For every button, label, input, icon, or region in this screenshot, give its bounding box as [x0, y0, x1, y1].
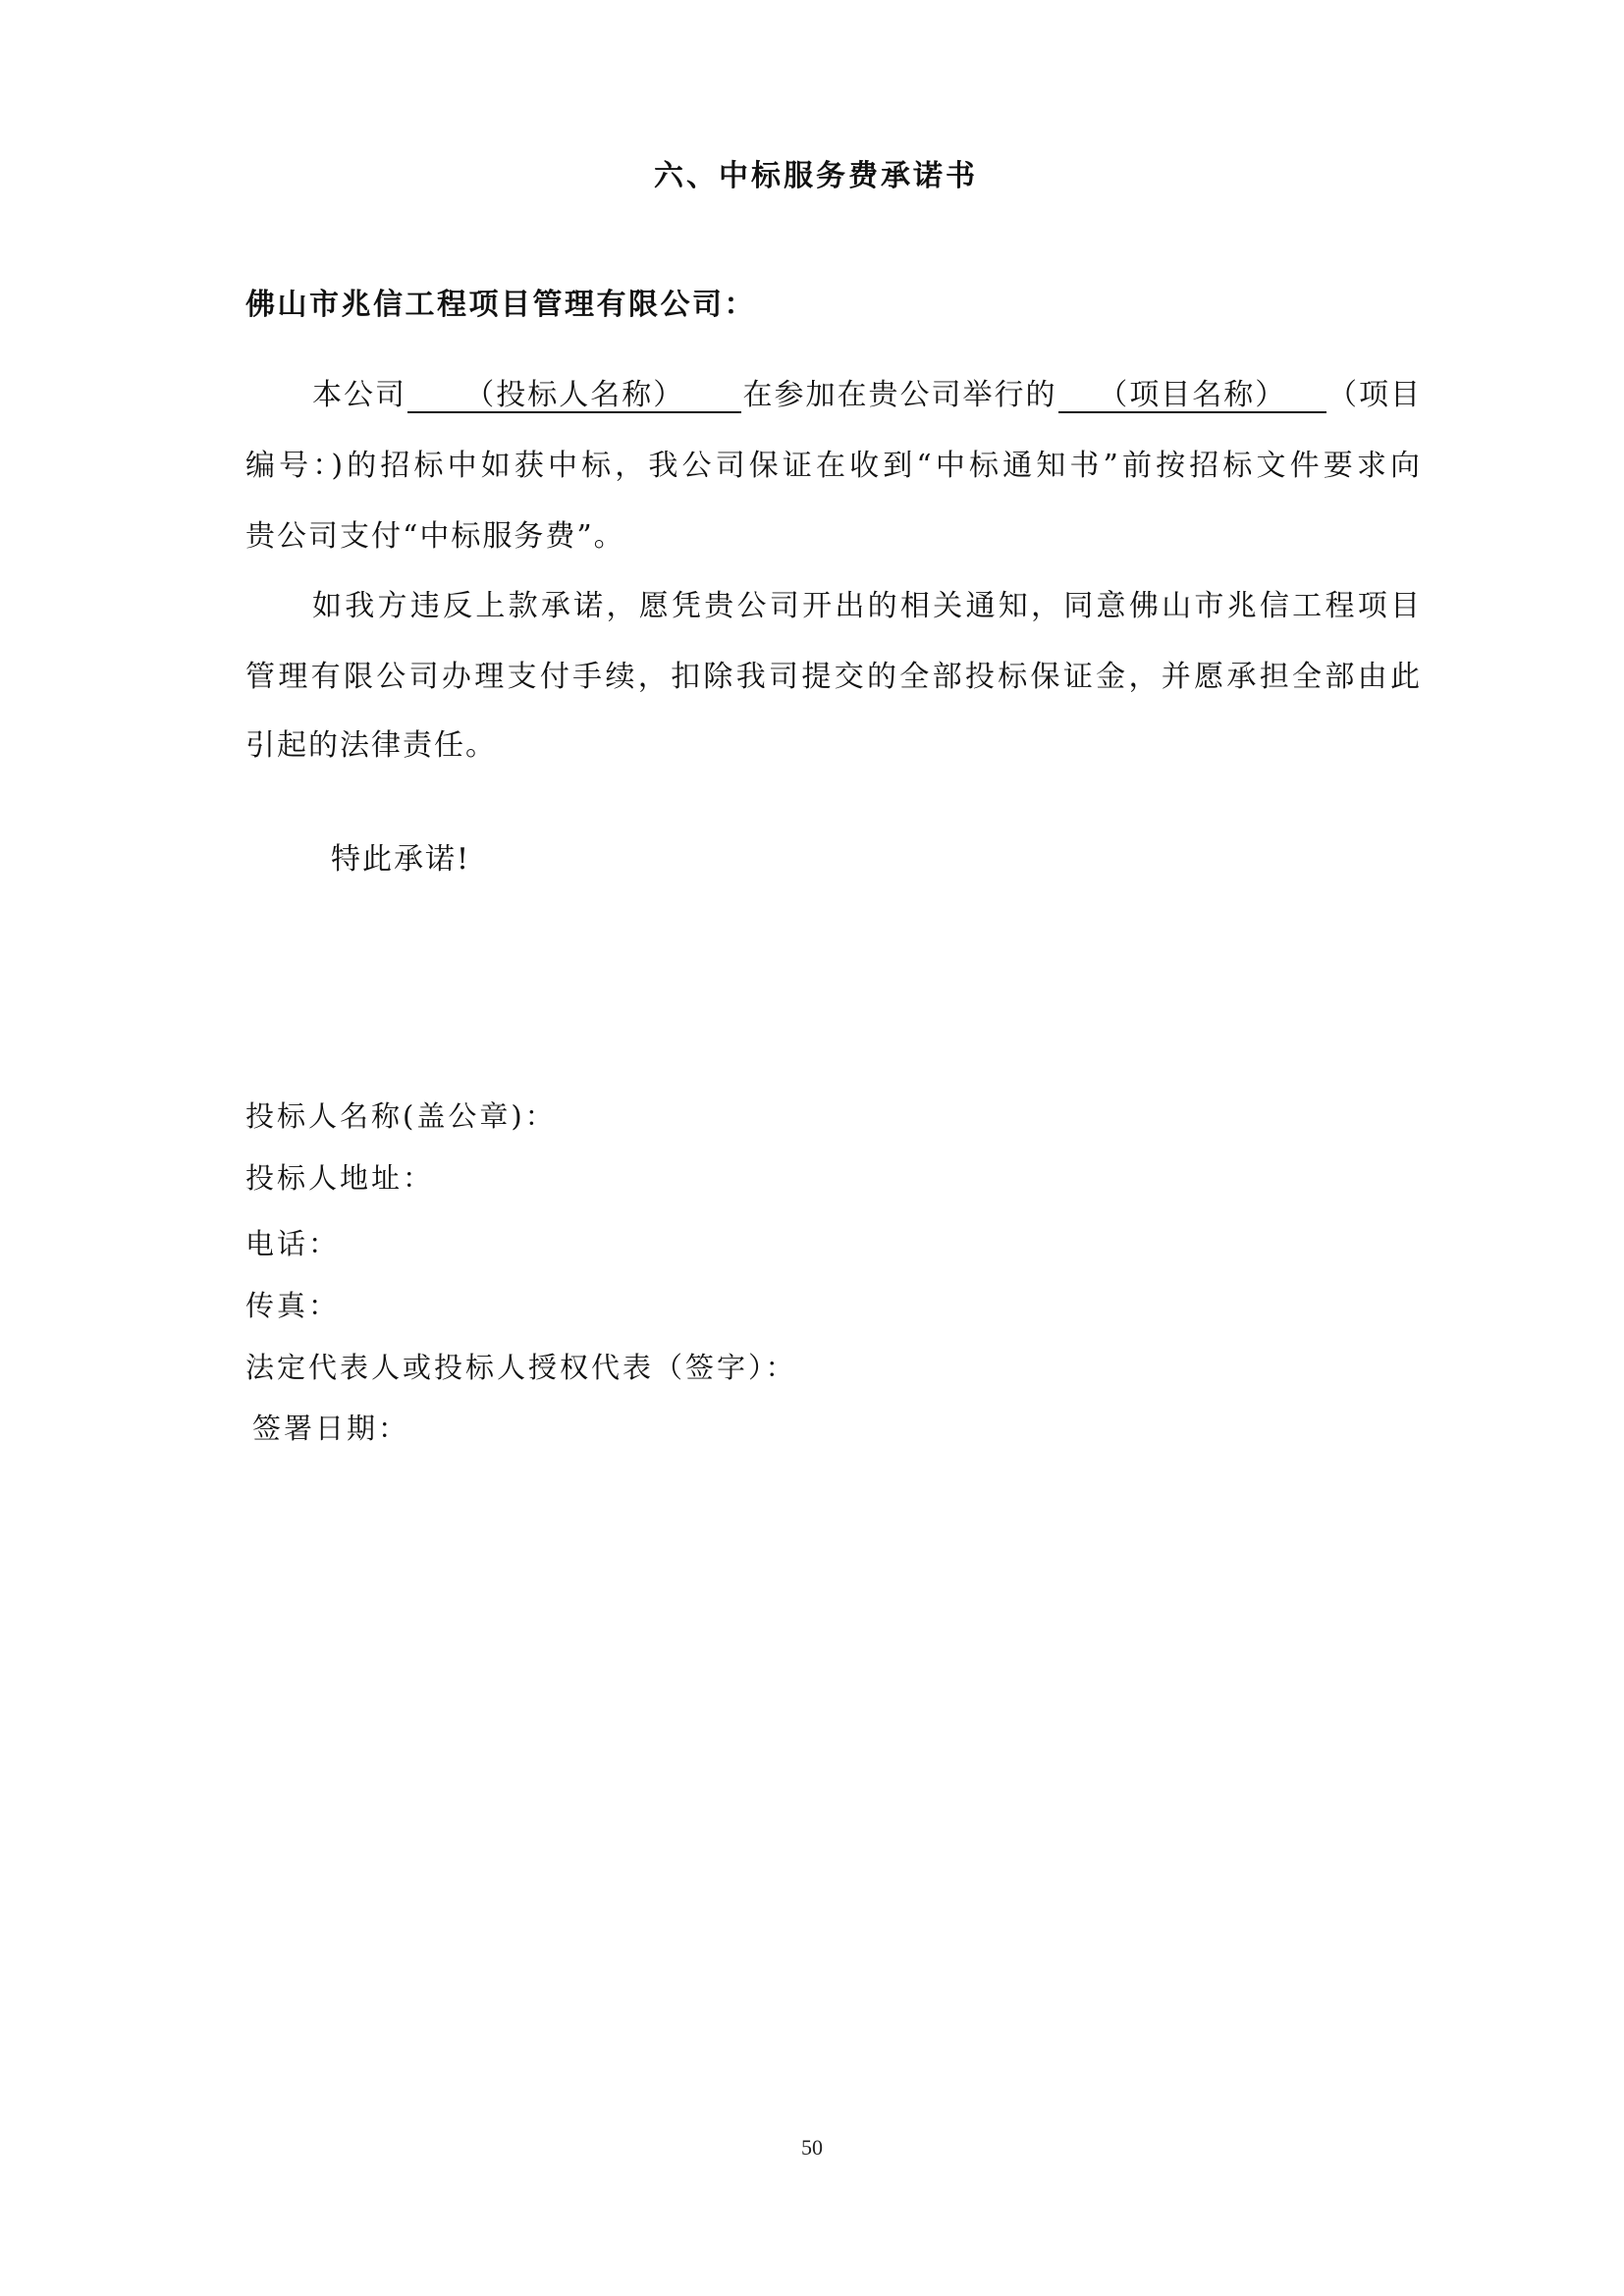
paragraph-2-line-1: 如我方违反上款承诺，愿凭贵公司开出的相关通知，同意佛山市兆信工程项目 [312, 589, 1422, 624]
signature-field-phone: 电话： [245, 1226, 340, 1261]
bidder-name-blank: （投标人名称） [407, 380, 741, 413]
bidder-name-placeholder: （投标人名称） [464, 378, 684, 412]
paragraph-1-line-3: 贵公司支付“中标服务费”。 [245, 519, 1422, 555]
signature-field-fax: 传真： [245, 1288, 340, 1323]
paragraph-2-line-3: 引起的法律责任。 [245, 728, 1422, 764]
paragraph-1-middle: 在参加在贵公司举行的 [743, 378, 1057, 413]
paragraph-1-prefix: 本公司 [312, 378, 406, 413]
signature-field-representative: 法定代表人或投标人授权代表（签字）： [245, 1350, 797, 1385]
project-name-placeholder: （项目名称） [1098, 378, 1286, 412]
paragraph-2-line-2: 管理有限公司办理支付手续，扣除我司提交的全部投标保证金，并愿承担全部由此 [245, 660, 1422, 695]
paragraph-1-suffix: （项目 [1327, 378, 1422, 413]
signature-field-bidder-name: 投标人名称(盖公章)： [245, 1098, 557, 1134]
signature-field-bidder-address: 投标人地址： [245, 1160, 434, 1196]
paragraph-1-line-1: 本公司 （投标人名称） 在参加在贵公司举行的 （项目名称） （项目 [312, 378, 1422, 413]
closing-statement: 特此承诺! [331, 842, 470, 878]
document-page: 六、中标服务费承诺书 佛山市兆信工程项目管理有限公司： 本公司 （投标人名称） … [0, 0, 1624, 2296]
document-title: 六、中标服务费承诺书 [0, 159, 1624, 194]
page-number: 50 [0, 2134, 1624, 2162]
project-name-blank: （项目名称） [1058, 380, 1326, 413]
paragraph-1-line-2: 编号：)的招标中如获中标，我公司保证在收到“中标通知书”前按招标文件要求向 [245, 449, 1422, 484]
signature-field-date: 签署日期： [252, 1411, 409, 1446]
addressee-heading: 佛山市兆信工程项目管理有限公司： [245, 288, 756, 323]
